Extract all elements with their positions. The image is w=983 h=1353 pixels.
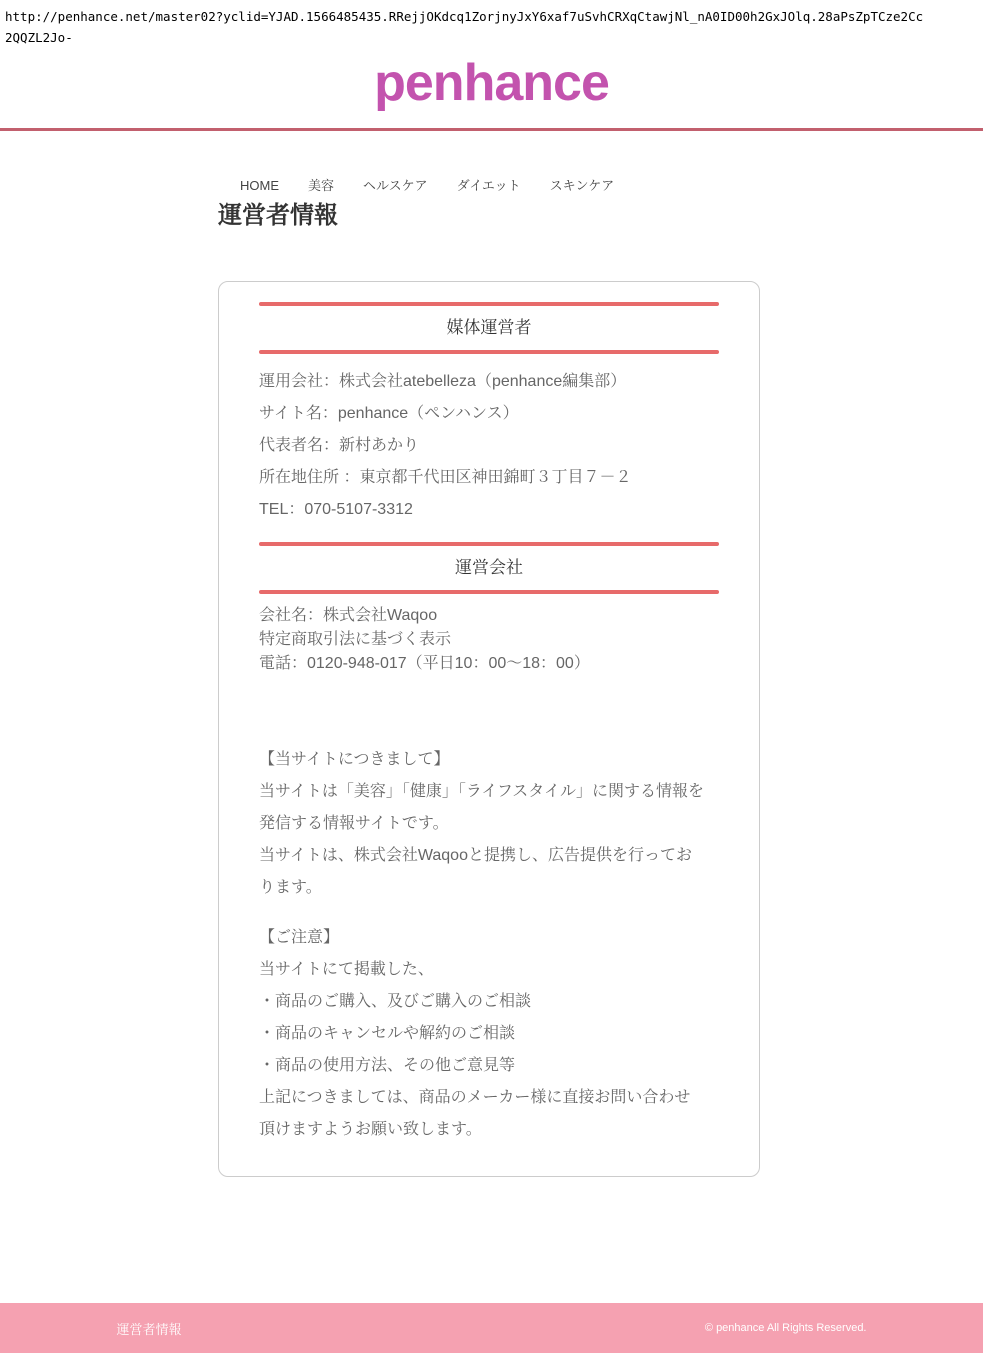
nav-item-healthcare[interactable]: ヘルスケア bbox=[363, 177, 428, 194]
footer-copyright: © penhance All Rights Reserved. bbox=[705, 1322, 867, 1334]
footer-inner: 運営者情報 © penhance All Rights Reserved. bbox=[97, 1303, 887, 1353]
notice-line-intro: 当サイトにて掲載した、 bbox=[259, 954, 704, 986]
info-line-sitename: サイト名：penhance（ペンハンス） bbox=[259, 398, 719, 430]
notice-bullet-purchase: ・商品のご購入、及びご購入のご相談 bbox=[259, 986, 704, 1018]
info-line-phone: 電話：0120-948-017（平日10：00～18：00） bbox=[259, 652, 719, 676]
info-line-representative: 代表者名：新村あかり bbox=[259, 430, 719, 462]
notice-bullet-usage: ・商品の使用方法、その他ご意見等 bbox=[259, 1050, 704, 1082]
page-url-line2: 2QQZL2Jo- bbox=[5, 27, 980, 48]
main-column: HOME 美容 ヘルスケア ダイエット スキンケア 運営者情報 媒体運営者 運用… bbox=[218, 177, 765, 1177]
site-header: penhance bbox=[0, 48, 983, 131]
media-operator-info: 運用会社：株式会社atebelleza（penhance編集部） サイト名：pe… bbox=[259, 366, 719, 526]
nav-item-skincare[interactable]: スキンケア bbox=[550, 177, 615, 194]
notice-block: 【ご注意】 当サイトにて掲載した、 ・商品のご購入、及びご購入のご相談 ・商品の… bbox=[259, 922, 704, 1146]
operating-company-info: 会社名：株式会社Waqoo 特定商取引法に基づく表示 電話：0120-948-0… bbox=[259, 604, 719, 676]
info-line-company: 運用会社：株式会社atebelleza（penhance編集部） bbox=[259, 366, 719, 398]
about-site-block: 【当サイトにつきまして】 当サイトは「美容」「健康」「ライフスタイル」に関する情… bbox=[259, 744, 704, 904]
section1-divider-top bbox=[259, 302, 719, 306]
nav-item-home[interactable]: HOME bbox=[240, 177, 279, 194]
notice-bullet-cancel: ・商品のキャンセルや解約のご相談 bbox=[259, 1018, 704, 1050]
site-logo[interactable]: penhance bbox=[0, 48, 983, 118]
page-url-text: http://penhance.net/master02?yclid=YJAD.… bbox=[5, 6, 980, 48]
page-url-line1: http://penhance.net/master02?yclid=YJAD.… bbox=[5, 6, 980, 27]
info-line-address: 所在地住所 ：東京都千代田区神田錦町３丁目７－２ bbox=[259, 462, 719, 494]
about-site-line1: 当サイトは「美容」「健康」「ライフスタイル」に関する情報を発信する情報サイトです… bbox=[259, 776, 704, 840]
main-nav: HOME 美容 ヘルスケア ダイエット スキンケア bbox=[218, 177, 765, 194]
section1-divider-bottom bbox=[259, 350, 719, 354]
section2-title: 運営会社 bbox=[259, 557, 719, 579]
header-divider bbox=[0, 128, 983, 131]
nav-item-beauty[interactable]: 美容 bbox=[308, 177, 334, 194]
section2-divider-bottom bbox=[259, 590, 719, 594]
nav-item-diet[interactable]: ダイエット bbox=[457, 177, 521, 194]
page-title: 運営者情報 bbox=[218, 202, 765, 230]
info-line-tokushoho-link[interactable]: 特定商取引法に基づく表示 bbox=[259, 628, 719, 652]
info-line-tel: TEL：070-5107-3312 bbox=[259, 494, 719, 526]
notice-line-outro: 上記につきましては、商品のメーカー様に直接お問い合わせ頂けますようお願い致します… bbox=[259, 1082, 704, 1146]
section1-title: 媒体運営者 bbox=[259, 317, 719, 339]
notice-heading: 【ご注意】 bbox=[259, 922, 704, 954]
about-site-line2: 当サイトは、株式会社Waqooと提携し、広告提供を行っております。 bbox=[259, 840, 704, 904]
about-site-heading: 【当サイトにつきまして】 bbox=[259, 744, 704, 776]
footer-operator-info-link[interactable]: 運営者情報 bbox=[117, 1319, 182, 1338]
section2-divider-top bbox=[259, 542, 719, 546]
info-line-company-name: 会社名：株式会社Waqoo bbox=[259, 604, 719, 628]
operator-info-card: 媒体運営者 運用会社：株式会社atebelleza（penhance編集部） サ… bbox=[218, 281, 760, 1177]
page-footer: 運営者情報 © penhance All Rights Reserved. bbox=[0, 1303, 983, 1353]
